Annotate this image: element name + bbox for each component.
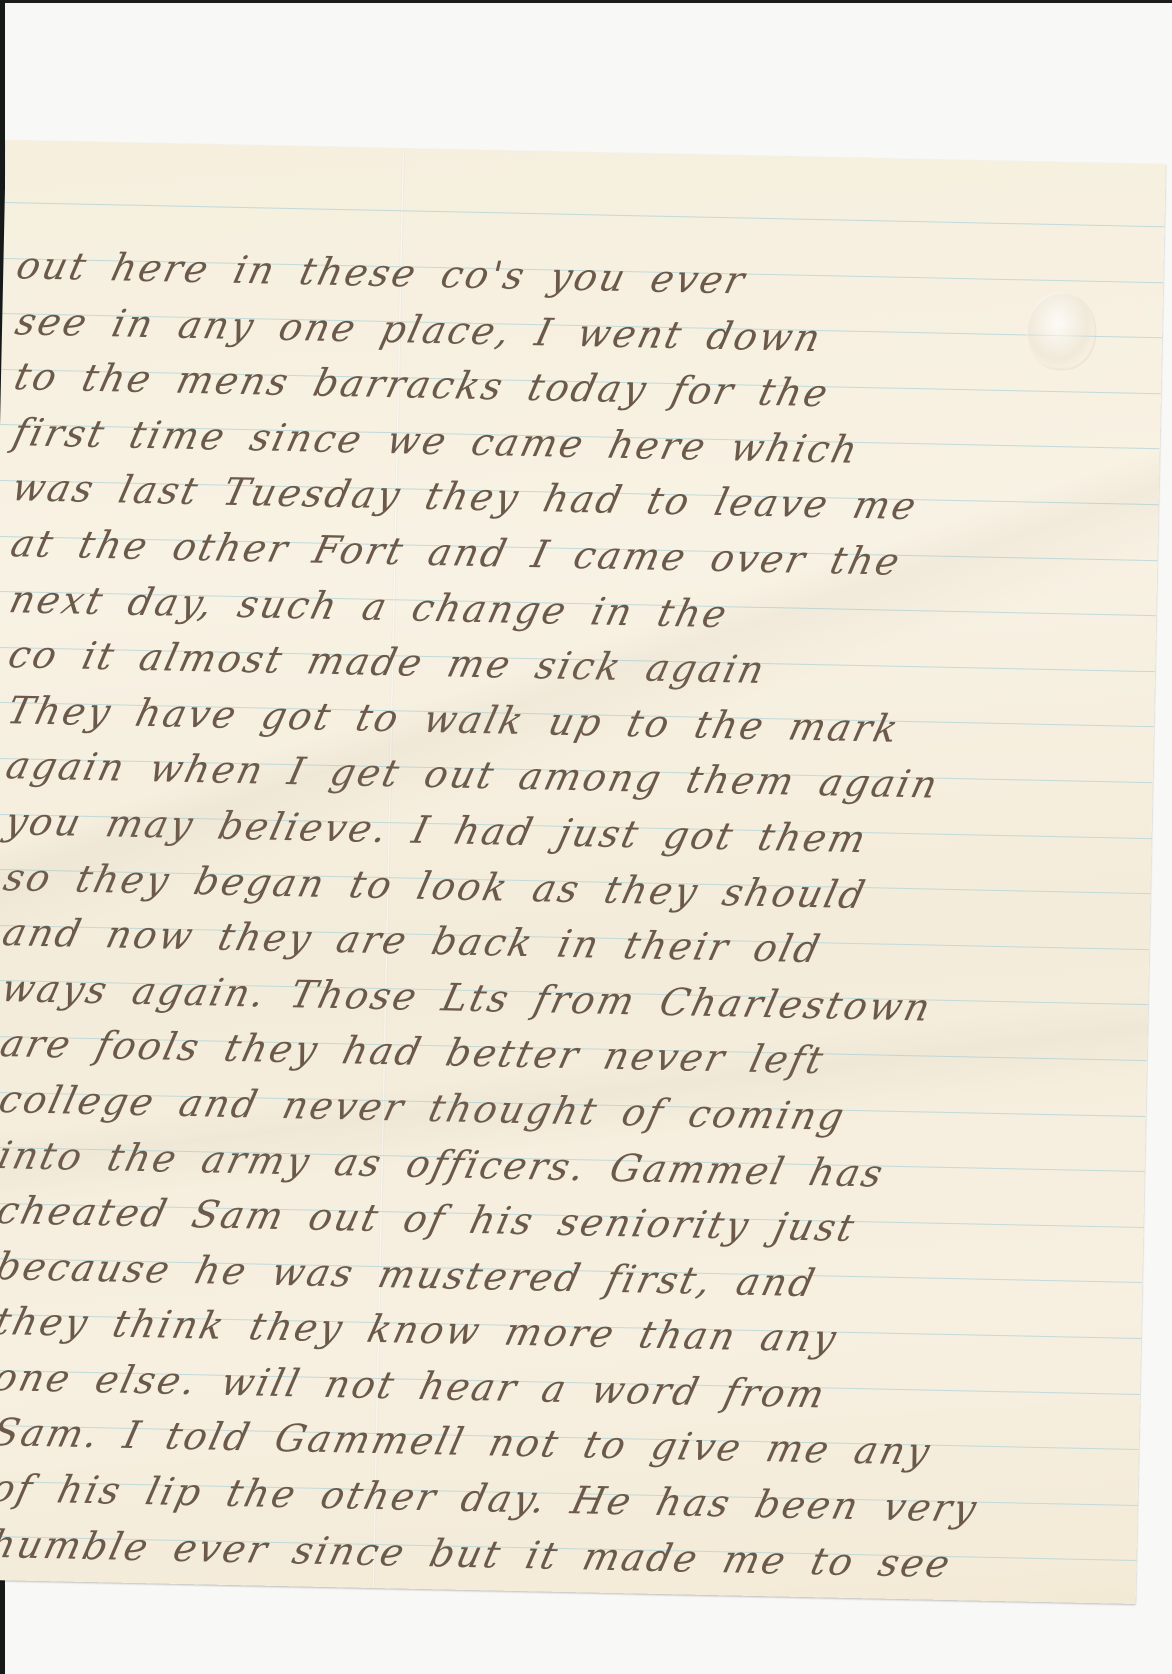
letter-body: out here in these co's you ever see in a… — [0, 238, 1148, 1596]
letter-page: out here in these co's you ever see in a… — [0, 140, 1166, 1604]
ruled-line — [5, 202, 1165, 227]
